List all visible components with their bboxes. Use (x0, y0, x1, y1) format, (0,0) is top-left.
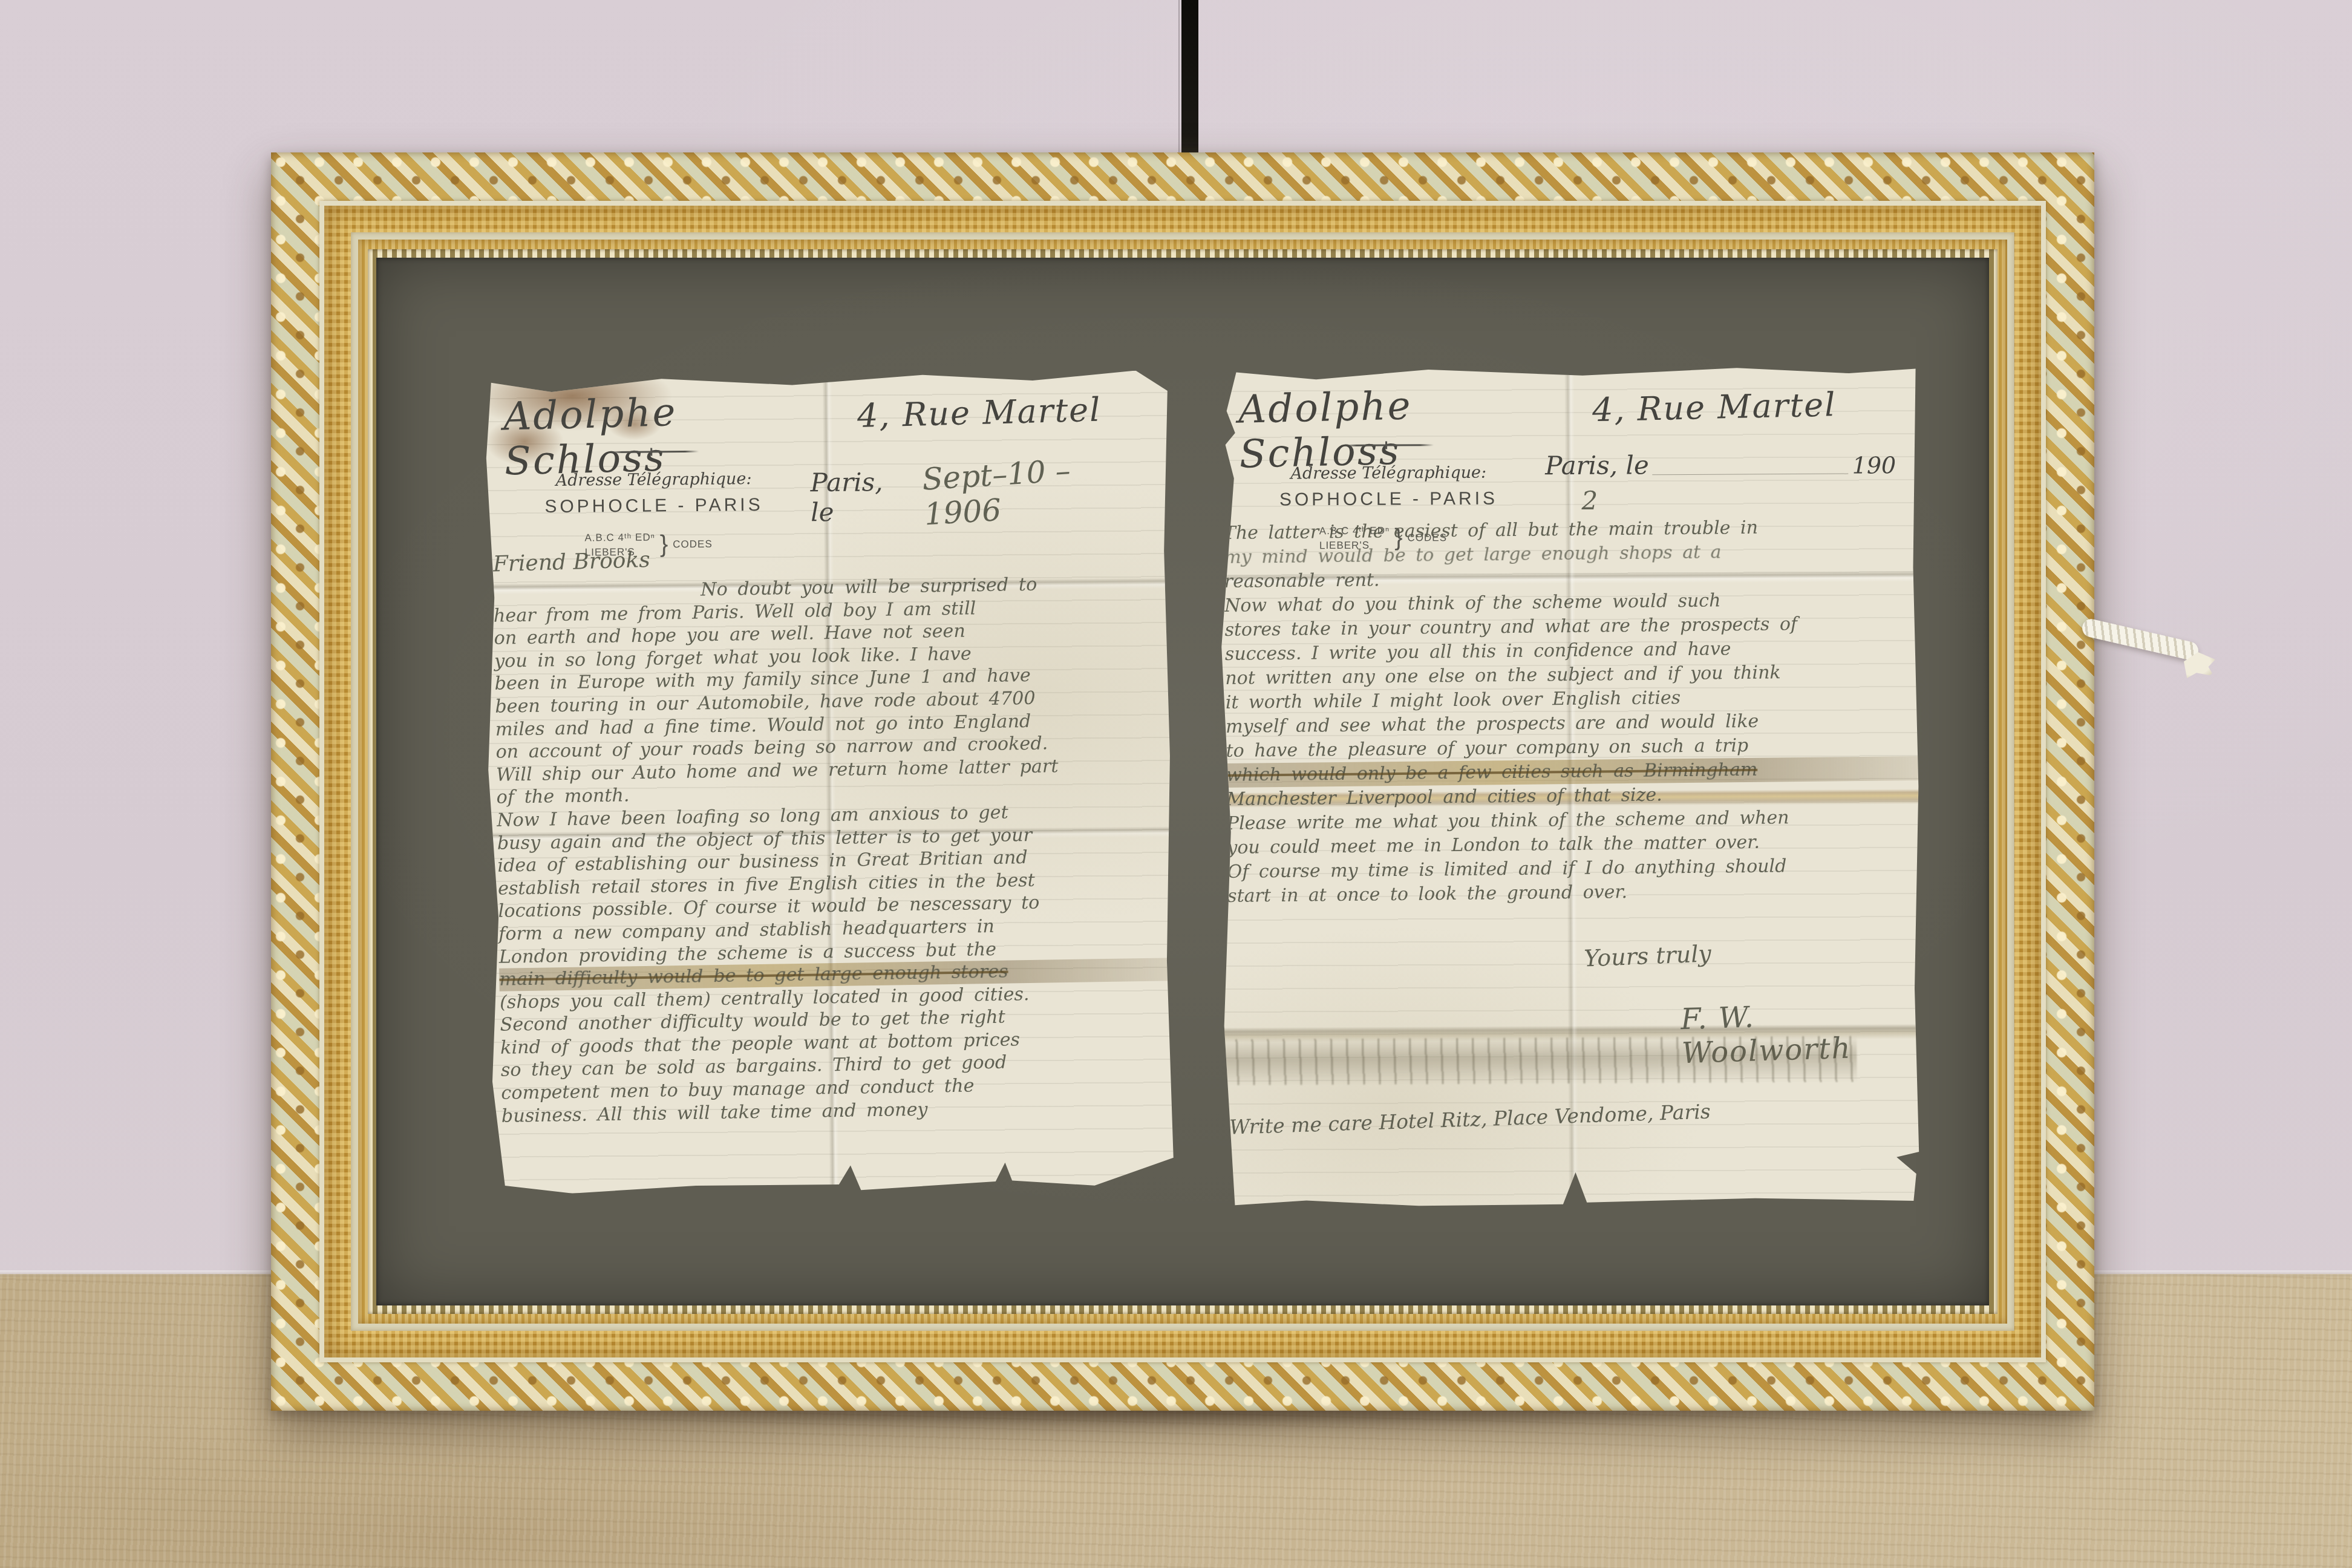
letterhead-name: Adolphe Schloss (1238, 380, 1578, 477)
page-number: 2 (1581, 486, 1598, 515)
letterhead-telegraph-label: Adresse Télégraphique: (541, 469, 765, 490)
letterhead-telegraph-name: SOPHOCLE - PARIS (1276, 489, 1500, 511)
letterhead-address: 4, Rue Martel (822, 390, 1137, 436)
letterhead-date-line: Paris, le Sept–10 – 1906 (810, 454, 1161, 527)
letterhead-date-line: Paris, le 190 (1545, 449, 1896, 480)
page2-body: The latter is the easiest of all but the… (1224, 514, 1921, 909)
handwritten-date: Sept–10 – 1906 (921, 448, 1156, 532)
letterhead-telegraph-name: SOPHOCLE - PARIS (542, 495, 766, 517)
letterhead-place-label: Paris, le (810, 467, 912, 527)
page1-body: No doubt you will be surprised tohear fr… (493, 571, 1178, 1128)
letterhead-name: Adolphe Schloss (503, 386, 844, 485)
crease-damage-band (1221, 1036, 1857, 1085)
letterhead-place-label: Paris, le (1545, 450, 1649, 480)
letter-page-2: Adolphe Schloss Adresse Télégraphique: S… (1218, 365, 1923, 1211)
postscript: Write me care Hotel Ritz, Place Vendome,… (1229, 1093, 1919, 1139)
letterhead-codes-word: CODES (673, 538, 713, 550)
letterhead-code-abc: A.B.C 4ᵗʰ EDⁿ (584, 531, 655, 544)
letterhead-date-rule (1653, 456, 1849, 475)
letterhead-telegraph-label: Adresse Télégraphique: (1276, 463, 1500, 483)
closing: Yours truly (1584, 940, 1712, 972)
letter-page-1: Adolphe Schloss Adresse Télégraphique: S… (483, 370, 1177, 1197)
salutation: Friend Brooks (492, 547, 650, 577)
letterhead-codes-brace: } (660, 531, 668, 558)
frame-mat: Adolphe Schloss Adresse Télégraphique: S… (376, 258, 1989, 1305)
letterhead-address: 4, Rue Martel (1557, 385, 1872, 430)
gilt-picture-frame: Adolphe Schloss Adresse Télégraphique: S… (271, 152, 2094, 1411)
letterhead-year-printed: 190 (1852, 452, 1896, 479)
